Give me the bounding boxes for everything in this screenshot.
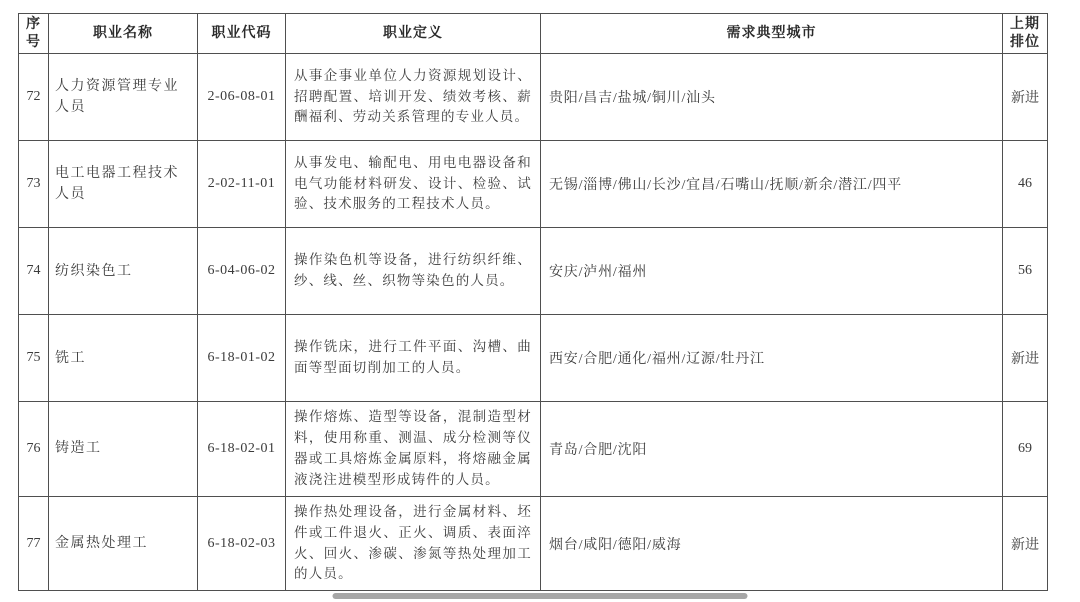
table-row: 75铣工6-18-01-02操作铣床，进行工件平面、沟槽、曲面等型面切削加工的人… <box>19 315 1048 402</box>
cell-definition: 从事发电、输配电、用电电器设备和电气功能材料研发、设计、检验、试验、技术服务的工… <box>286 141 541 228</box>
cell-occupation-code: 2-02-11-01 <box>198 141 286 228</box>
cell-occupation-code: 6-18-01-02 <box>198 315 286 402</box>
cell-definition: 操作铣床，进行工件平面、沟槽、曲面等型面切削加工的人员。 <box>286 315 541 402</box>
cell-occupation-code: 6-18-02-03 <box>198 496 286 591</box>
header-row: 序号 职业名称 职业代码 职业定义 需求典型城市 上期排位 <box>19 14 1048 54</box>
cell-prev-rank: 56 <box>1003 228 1048 315</box>
cell-prev-rank: 新进 <box>1003 54 1048 141</box>
cell-occupation-name: 铸造工 <box>49 402 198 497</box>
table-row: 74纺织染色工6-04-06-02操作染色机等设备，进行纺织纤维、纱、线、丝、织… <box>19 228 1048 315</box>
cell-occupation-code: 6-04-06-02 <box>198 228 286 315</box>
document-page: 序号 职业名称 职业代码 职业定义 需求典型城市 上期排位 72人力资源管理专业… <box>0 0 1080 602</box>
cell-no: 72 <box>19 54 49 141</box>
col-header-no: 序号 <box>19 14 49 54</box>
cell-occupation-name: 金属热处理工 <box>49 496 198 591</box>
cell-cities: 安庆/泸州/福州 <box>541 228 1003 315</box>
cell-prev-rank: 69 <box>1003 402 1048 497</box>
cell-no: 73 <box>19 141 49 228</box>
cell-cities: 西安/合肥/通化/福州/辽源/牡丹江 <box>541 315 1003 402</box>
col-header-prev-rank: 上期排位 <box>1003 14 1048 54</box>
cell-occupation-name: 电工电器工程技术人员 <box>49 141 198 228</box>
cell-occupation-name: 纺织染色工 <box>49 228 198 315</box>
cell-occupation-name: 铣工 <box>49 315 198 402</box>
cell-occupation-code: 6-18-02-01 <box>198 402 286 497</box>
cell-definition: 操作染色机等设备，进行纺织纤维、纱、线、丝、织物等染色的人员。 <box>286 228 541 315</box>
cell-prev-rank: 新进 <box>1003 496 1048 591</box>
table-row: 76铸造工6-18-02-01操作熔炼、造型等设备，混制造型材料，使用称重、测温… <box>19 402 1048 497</box>
bottom-scrollbar[interactable] <box>333 593 748 599</box>
cell-definition: 操作热处理设备，进行金属材料、坯件或工件退火、正火、调质、表面淬火、回火、渗碳、… <box>286 496 541 591</box>
col-header-definition: 职业定义 <box>286 14 541 54</box>
cell-occupation-code: 2-06-08-01 <box>198 54 286 141</box>
table-row: 77金属热处理工6-18-02-03操作热处理设备，进行金属材料、坯件或工件退火… <box>19 496 1048 591</box>
cell-no: 77 <box>19 496 49 591</box>
cell-definition: 从事企事业单位人力资源规划设计、招聘配置、培训开发、绩效考核、薪酬福利、劳动关系… <box>286 54 541 141</box>
cell-cities: 贵阳/昌吉/盐城/铜川/汕头 <box>541 54 1003 141</box>
cell-prev-rank: 46 <box>1003 141 1048 228</box>
occupation-table: 序号 职业名称 职业代码 职业定义 需求典型城市 上期排位 72人力资源管理专业… <box>18 13 1048 591</box>
cell-no: 74 <box>19 228 49 315</box>
table-row: 73电工电器工程技术人员2-02-11-01从事发电、输配电、用电电器设备和电气… <box>19 141 1048 228</box>
col-header-occupation-code: 职业代码 <box>198 14 286 54</box>
cell-no: 76 <box>19 402 49 497</box>
col-header-cities: 需求典型城市 <box>541 14 1003 54</box>
cell-definition: 操作熔炼、造型等设备，混制造型材料，使用称重、测温、成分检测等仪器或工具熔炼金属… <box>286 402 541 497</box>
table-row: 72人力资源管理专业人员2-06-08-01从事企事业单位人力资源规划设计、招聘… <box>19 54 1048 141</box>
col-header-occupation-name: 职业名称 <box>49 14 198 54</box>
cell-cities: 烟台/咸阳/德阳/威海 <box>541 496 1003 591</box>
cell-prev-rank: 新进 <box>1003 315 1048 402</box>
cell-occupation-name: 人力资源管理专业人员 <box>49 54 198 141</box>
cell-cities: 青岛/合肥/沈阳 <box>541 402 1003 497</box>
cell-cities: 无锡/淄博/佛山/长沙/宜昌/石嘴山/抚顺/新余/潜江/四平 <box>541 141 1003 228</box>
cell-no: 75 <box>19 315 49 402</box>
